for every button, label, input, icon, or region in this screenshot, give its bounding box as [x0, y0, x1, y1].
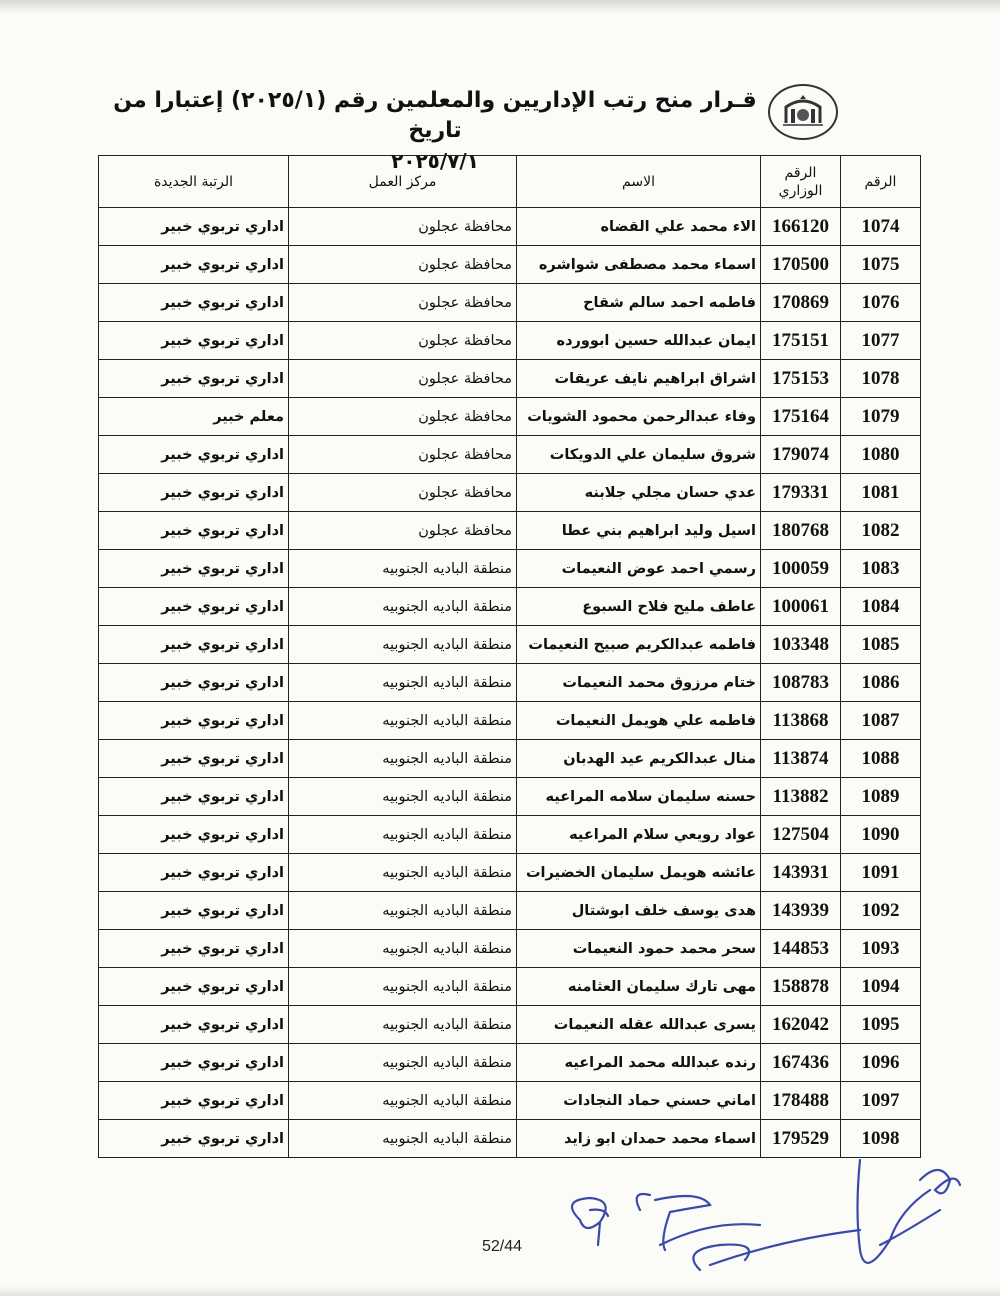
table-row: 1088113874منال عبدالكريم عيد الهدبانمنطق…: [99, 740, 921, 778]
work-center: منطقة الباديه الجنوبيه: [289, 626, 517, 664]
employee-name: ختام مرزوق محمد النعيمات: [517, 664, 761, 702]
table-row: 1074166120الاء محمد علي القضاهمحافظة عجل…: [99, 208, 921, 246]
ministry-number: 103348: [761, 626, 841, 664]
row-number: 1080: [841, 436, 921, 474]
table-row: 1081179331عدي حسان مجلي جلابنهمحافظة عجل…: [99, 474, 921, 512]
employee-name: سحر محمد حمود النعيمات: [517, 930, 761, 968]
row-number: 1089: [841, 778, 921, 816]
row-number: 1081: [841, 474, 921, 512]
employee-name: رسمي احمد عوض النعيمات: [517, 550, 761, 588]
table-row: 1080179074شروق سليمان علي الدويكاتمحافظة…: [99, 436, 921, 474]
employee-name: الاء محمد علي القضاه: [517, 208, 761, 246]
new-rank: اداري تربوي خبير: [99, 550, 289, 588]
ministry-number: 100059: [761, 550, 841, 588]
row-number: 1075: [841, 246, 921, 284]
row-number: 1074: [841, 208, 921, 246]
employee-name: هدى يوسف خلف ابوشتال: [517, 892, 761, 930]
work-center: منطقة الباديه الجنوبيه: [289, 588, 517, 626]
row-number: 1084: [841, 588, 921, 626]
table-header-row: الرقم الرقم الوزاري الاسم مركز العمل الر…: [99, 156, 921, 208]
employee-name: شروق سليمان علي الدويكات: [517, 436, 761, 474]
employee-name: اماني حسني حماد النجادات: [517, 1082, 761, 1120]
ministry-number: 143939: [761, 892, 841, 930]
new-rank: اداري تربوي خبير: [99, 436, 289, 474]
new-rank: اداري تربوي خبير: [99, 702, 289, 740]
promotions-table: الرقم الرقم الوزاري الاسم مركز العمل الر…: [98, 155, 921, 1158]
table-row: 1079175164وفاء عبدالرحمن محمود الشوياتمح…: [99, 398, 921, 436]
ministry-number: 162042: [761, 1006, 841, 1044]
work-center: محافظة عجلون: [289, 246, 517, 284]
new-rank: اداري تربوي خبير: [99, 1082, 289, 1120]
table-row: 1090127504عواد رويعي سلام المراعيهمنطقة …: [99, 816, 921, 854]
header-name: الاسم: [517, 156, 761, 208]
new-rank: اداري تربوي خبير: [99, 854, 289, 892]
work-center: منطقة الباديه الجنوبيه: [289, 664, 517, 702]
employee-name: فاطمه احمد سالم شقاح: [517, 284, 761, 322]
ministry-number: 144853: [761, 930, 841, 968]
row-number: 1077: [841, 322, 921, 360]
ministry-number: 175153: [761, 360, 841, 398]
page-edge-bottom: [0, 1286, 1000, 1296]
table-row: 1086108783ختام مرزوق محمد النعيماتمنطقة …: [99, 664, 921, 702]
row-number: 1083: [841, 550, 921, 588]
ministry-number: 113882: [761, 778, 841, 816]
ministry-number: 143931: [761, 854, 841, 892]
employee-name: فاطمه عبدالكريم صبيح النعيمات: [517, 626, 761, 664]
ministry-number: 166120: [761, 208, 841, 246]
row-number: 1082: [841, 512, 921, 550]
header-no: الرقم: [841, 156, 921, 208]
employee-name: حسنه سليمان سلامه المراعيه: [517, 778, 761, 816]
ministry-number: 170500: [761, 246, 841, 284]
work-center: منطقة الباديه الجنوبيه: [289, 930, 517, 968]
employee-name: عدي حسان مجلي جلابنه: [517, 474, 761, 512]
employee-name: اسيل وليد ابراهيم بني عطا: [517, 512, 761, 550]
table-row: 1075170500اسماء محمد مصطفى شواشرهمحافظة …: [99, 246, 921, 284]
ministry-number: 175164: [761, 398, 841, 436]
table-row: 1082180768اسيل وليد ابراهيم بني عطامحافظ…: [99, 512, 921, 550]
emblem-crown-icon: [778, 93, 828, 131]
work-center: محافظة عجلون: [289, 474, 517, 512]
employee-name: يسرى عبدالله عقله النعيمات: [517, 1006, 761, 1044]
employee-name: مهى تارك سليمان العثامنه: [517, 968, 761, 1006]
table-row: 1095162042يسرى عبدالله عقله النعيماتمنطق…: [99, 1006, 921, 1044]
new-rank: اداري تربوي خبير: [99, 588, 289, 626]
new-rank: اداري تربوي خبير: [99, 1044, 289, 1082]
table-row: 1093144853سحر محمد حمود النعيماتمنطقة ال…: [99, 930, 921, 968]
table-row: 1096167436رنده عبدالله محمد المراعيهمنطق…: [99, 1044, 921, 1082]
work-center: منطقة الباديه الجنوبيه: [289, 1120, 517, 1158]
row-number: 1088: [841, 740, 921, 778]
page-number: 52/44: [482, 1238, 522, 1256]
work-center: منطقة الباديه الجنوبيه: [289, 550, 517, 588]
page-edge-top: [0, 0, 1000, 14]
ministry-number: 127504: [761, 816, 841, 854]
table-row: 1084100061عاطف مليح فلاح السبوعمنطقة الب…: [99, 588, 921, 626]
row-number: 1087: [841, 702, 921, 740]
new-rank: اداري تربوي خبير: [99, 246, 289, 284]
table-row: 1092143939هدى يوسف خلف ابوشتالمنطقة البا…: [99, 892, 921, 930]
work-center: محافظة عجلون: [289, 322, 517, 360]
new-rank: اداري تربوي خبير: [99, 664, 289, 702]
new-rank: اداري تربوي خبير: [99, 512, 289, 550]
new-rank: اداري تربوي خبير: [99, 740, 289, 778]
employee-name: فاطمه علي هويمل النعيمات: [517, 702, 761, 740]
table-row: 1077175151ايمان عبدالله حسين ابووردهمحاف…: [99, 322, 921, 360]
table-row: 1091143931عائشه هويمل سليمان الخضيراتمنط…: [99, 854, 921, 892]
new-rank: اداري تربوي خبير: [99, 968, 289, 1006]
new-rank: اداري تربوي خبير: [99, 322, 289, 360]
ministry-number: 179074: [761, 436, 841, 474]
ministry-number: 100061: [761, 588, 841, 626]
row-number: 1091: [841, 854, 921, 892]
work-center: محافظة عجلون: [289, 284, 517, 322]
row-number: 1095: [841, 1006, 921, 1044]
new-rank: اداري تربوي خبير: [99, 1120, 289, 1158]
table-row: 1089113882حسنه سليمان سلامه المراعيهمنطق…: [99, 778, 921, 816]
table-row: 1076170869فاطمه احمد سالم شقاحمحافظة عجل…: [99, 284, 921, 322]
work-center: منطقة الباديه الجنوبيه: [289, 854, 517, 892]
work-center: منطقة الباديه الجنوبيه: [289, 968, 517, 1006]
table-row: 1097178488اماني حسني حماد النجاداتمنطقة …: [99, 1082, 921, 1120]
work-center: منطقة الباديه الجنوبيه: [289, 702, 517, 740]
employee-name: ايمان عبدالله حسين ابوورده: [517, 322, 761, 360]
employee-name: عواد رويعي سلام المراعيه: [517, 816, 761, 854]
row-number: 1096: [841, 1044, 921, 1082]
work-center: منطقة الباديه الجنوبيه: [289, 816, 517, 854]
title-line-1: قـرار منح رتب الإداريين والمعلمين رقم (٢…: [113, 88, 756, 143]
work-center: محافظة عجلون: [289, 360, 517, 398]
new-rank: اداري تربوي خبير: [99, 208, 289, 246]
row-number: 1093: [841, 930, 921, 968]
header-work-center: مركز العمل: [289, 156, 517, 208]
work-center: منطقة الباديه الجنوبيه: [289, 1006, 517, 1044]
ministry-number: 113868: [761, 702, 841, 740]
new-rank: اداري تربوي خبير: [99, 892, 289, 930]
ministry-number: 167436: [761, 1044, 841, 1082]
row-number: 1078: [841, 360, 921, 398]
row-number: 1090: [841, 816, 921, 854]
work-center: محافظة عجلون: [289, 512, 517, 550]
new-rank: اداري تربوي خبير: [99, 360, 289, 398]
signatures-icon: [560, 1150, 980, 1290]
work-center: منطقة الباديه الجنوبيه: [289, 778, 517, 816]
work-center: منطقة الباديه الجنوبيه: [289, 892, 517, 930]
ministry-number: 178488: [761, 1082, 841, 1120]
employee-name: وفاء عبدالرحمن محمود الشويات: [517, 398, 761, 436]
table-row: 1083100059رسمي احمد عوض النعيماتمنطقة ال…: [99, 550, 921, 588]
work-center: منطقة الباديه الجنوبيه: [289, 1044, 517, 1082]
row-number: 1097: [841, 1082, 921, 1120]
table-row: 1078175153اشراق ابراهيم نايف عريقاتمحافظ…: [99, 360, 921, 398]
ministry-number: 108783: [761, 664, 841, 702]
row-number: 1076: [841, 284, 921, 322]
new-rank: اداري تربوي خبير: [99, 474, 289, 512]
new-rank: اداري تربوي خبير: [99, 930, 289, 968]
table-row: 1085103348فاطمه عبدالكريم صبيح النعيماتم…: [99, 626, 921, 664]
ministry-emblem-icon: [768, 84, 838, 140]
row-number: 1085: [841, 626, 921, 664]
employee-name: منال عبدالكريم عيد الهدبان: [517, 740, 761, 778]
employee-name: اشراق ابراهيم نايف عريقات: [517, 360, 761, 398]
employee-name: عائشه هويمل سليمان الخضيرات: [517, 854, 761, 892]
employee-name: رنده عبدالله محمد المراعيه: [517, 1044, 761, 1082]
table-row: 1094158878مهى تارك سليمان العثامنهمنطقة …: [99, 968, 921, 1006]
work-center: محافظة عجلون: [289, 398, 517, 436]
row-number: 1094: [841, 968, 921, 1006]
ministry-number: 158878: [761, 968, 841, 1006]
employee-name: عاطف مليح فلاح السبوع: [517, 588, 761, 626]
ministry-number: 180768: [761, 512, 841, 550]
work-center: محافظة عجلون: [289, 436, 517, 474]
header-new-rank: الرتبة الجديدة: [99, 156, 289, 208]
row-number: 1092: [841, 892, 921, 930]
new-rank: اداري تربوي خبير: [99, 626, 289, 664]
new-rank: اداري تربوي خبير: [99, 778, 289, 816]
new-rank: اداري تربوي خبير: [99, 816, 289, 854]
new-rank: اداري تربوي خبير: [99, 284, 289, 322]
ministry-number: 179331: [761, 474, 841, 512]
row-number: 1079: [841, 398, 921, 436]
work-center: منطقة الباديه الجنوبيه: [289, 1082, 517, 1120]
table-row: 1087113868فاطمه علي هويمل النعيماتمنطقة …: [99, 702, 921, 740]
employee-name: اسماء محمد مصطفى شواشره: [517, 246, 761, 284]
ministry-number: 175151: [761, 322, 841, 360]
header-ministry-no: الرقم الوزاري: [761, 156, 841, 208]
work-center: محافظة عجلون: [289, 208, 517, 246]
ministry-number: 113874: [761, 740, 841, 778]
ministry-number: 170869: [761, 284, 841, 322]
row-number: 1086: [841, 664, 921, 702]
new-rank: معلم خبير: [99, 398, 289, 436]
work-center: منطقة الباديه الجنوبيه: [289, 740, 517, 778]
new-rank: اداري تربوي خبير: [99, 1006, 289, 1044]
